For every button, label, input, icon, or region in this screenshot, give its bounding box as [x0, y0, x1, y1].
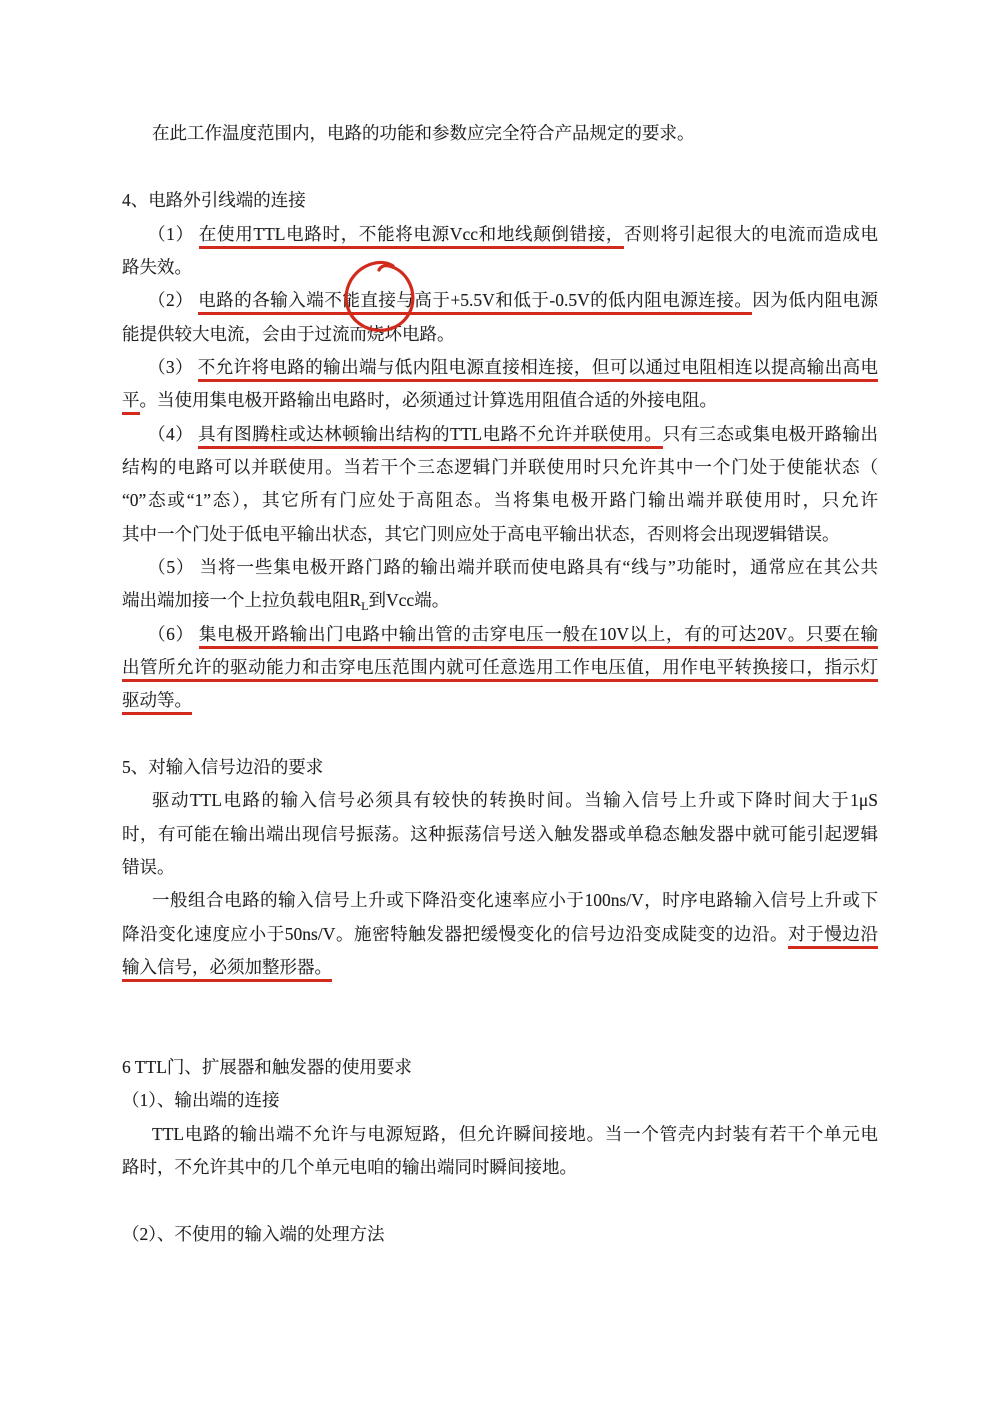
text-line: 降沿变化速度应小于50ns/V。施密特触发器把缓慢变化的信号边沿变成陡变的边沿。…	[122, 922, 878, 946]
body-text: 能提供较大电流，会由于过流而烧坏电路。	[122, 324, 455, 344]
text-line: 一般组合电路的输入信号上升或下降沿变化速率应小于100ns/V，时序电路输入信号…	[122, 888, 878, 912]
heading-text: 4、电路外引线端的连接	[122, 190, 306, 210]
heading-text: （2）、不使用的输入端的处理方法	[122, 1224, 385, 1244]
underlined-text: 输入信号，必须加整形器。	[122, 957, 332, 982]
underlined-text: 电路的各输入端不能直接与高于+5.5V和低于-0.5V的低内阻电源连接。	[198, 290, 752, 315]
underlined-text: 在使用TTL电路时，不能将电源Vcc和地线颠倒错接，	[199, 224, 624, 249]
underlined-text: 用作电平转换接口，	[662, 657, 824, 682]
text-line: （1） 在使用TTL电路时，不能将电源Vcc和地线颠倒错接，否则将引起很大的电流…	[122, 222, 878, 246]
sub-heading: （1）、输出端的连接	[122, 1088, 878, 1112]
body-text: 结构的电路可以并联使用。当若干个三态逻辑门并联使用时只允许其中一个门处于使能状态…	[122, 457, 878, 477]
underlined-text: 驱动等。	[122, 690, 192, 715]
text-line: （2） 电路的各输入端不能直接与高于+5.5V和低于-0.5V的低内阻电源连接。…	[122, 288, 878, 312]
text-line: TTL电路的输出端不允许与电源短路，但允许瞬间接地。当一个管壳内封装有若干个单元…	[122, 1122, 878, 1146]
underlined-text: 平	[122, 390, 140, 415]
text-line: （5） 当将一些集电极开路门路的输出端并联而使电路具有“线与”功能时，通常应在其…	[122, 555, 878, 579]
text-line: 结构的电路可以并联使用。当若干个三态逻辑门并联使用时只允许其中一个门处于使能状态…	[122, 455, 878, 479]
section-heading-5: 5、对输入信号边沿的要求	[122, 755, 878, 779]
text-line: 平。当使用集电极开路输出电路时，必须通过计算选用阻值合适的外接电阻。	[122, 388, 878, 412]
underlined-text: 集电极开路输出门电路中输出管的击穿电压一般在10V以上，	[199, 624, 684, 649]
item-number: （1）	[148, 224, 199, 244]
text-line: 其中一个门处于低电平输出状态，其它门则应处于高电平输出状态，否则将会出现逻辑错误…	[122, 522, 878, 546]
body-text: 一般组合电路的输入信号上升或下降沿变化速率应小于100ns/V，时序电路输入信号…	[152, 890, 878, 910]
text-line: “0”态或“1”态），其它所有门应处于高阻态。当将集电极开路门输出端并联使用时，…	[122, 488, 878, 512]
body-text: 时，有可能在输出端出现信号振荡。这种振荡信号送入触发器或单稳态触发器中就可能引起…	[122, 824, 878, 844]
body-text: 路时，不允许其中的几个单元电咱的输出端同时瞬间接地。	[122, 1157, 577, 1177]
body-text: 。当使用集电极开路输出电路时，必须通过计算选用阻值合适的外接电阻。	[140, 390, 718, 410]
text-line: 驱动TTL电路的输入信号必须具有较快的转换时间。当输入信号上升或下降时间大于1μ…	[122, 788, 878, 812]
heading-text: 5、对输入信号边沿的要求	[122, 757, 323, 777]
text-line: （4） 具有图腾柱或达林顿输出结构的TTL电路不允许并联使用。只有三态或集电极开…	[122, 422, 878, 446]
body-text: TTL电路的输出端不允许与电源短路，但允许瞬间接地。当一个管壳内封装有若干个单元…	[152, 1124, 878, 1144]
text-line: 能提供较大电流，会由于过流而烧坏电路。	[122, 322, 878, 346]
heading-text: 6 TTL门、扩展器和触发器的使用要求	[122, 1057, 412, 1077]
item-number: （6）	[148, 624, 199, 644]
text-line: 端出端加接一个上拉负载电阻RL到Vcc端。	[122, 588, 878, 612]
item-number: （4）	[148, 424, 198, 444]
underlined-text: 指示灯	[824, 657, 878, 682]
section-heading-4: 4、电路外引线端的连接	[122, 188, 878, 212]
underlined-text: 但可以通过电阻相连以提高输出高电	[592, 357, 878, 382]
underlined-text: 对于慢边沿	[788, 924, 878, 949]
body-text: 其中一个门处于低电平输出状态，其它门则应处于高电平输出状态，否则将会出现逻辑错误…	[122, 524, 840, 544]
body-text: 路失效。	[122, 257, 192, 277]
text-line: （3） 不允许将电路的输出端与低内阻电源直接相连接，但可以通过电阻相连以提高输出…	[122, 355, 878, 379]
underlined-text: 有的可达20V。	[684, 624, 806, 649]
body-text: 只有三态或集电极开路输出	[663, 424, 878, 444]
underlined-text: 具有图腾柱或达林顿输出结构的TTL电路不允许并联使用。	[198, 424, 662, 449]
body-text: 到Vcc端。	[369, 590, 450, 610]
body-text: 降沿变化速度应小于50ns/V。施密特触发器把缓慢变化的信号边沿变成陡变的边沿。	[122, 924, 788, 944]
text-line: 驱动等。	[122, 688, 878, 712]
text-line: 在此工作温度范围内，电路的功能和参数应完全符合产品规定的要求。	[122, 121, 878, 145]
body-text: 否则将引起很大的电流而造成电	[624, 224, 878, 244]
underlined-text: 不允许将电路的输出端与低内阻电源直接相连接，	[198, 357, 592, 382]
document-page: 在此工作温度范围内，电路的功能和参数应完全符合产品规定的要求。 4、电路外引线端…	[0, 0, 992, 1403]
text-line: 路时，不允许其中的几个单元电咱的输出端同时瞬间接地。	[122, 1155, 878, 1179]
text-line: 输入信号，必须加整形器。	[122, 955, 878, 979]
body-text: （5） 当将一些集电极开路门路的输出端并联而使电路具有“线与”功能时，通常应在其…	[148, 557, 878, 577]
text-line: 出管所允许的驱动能力和击穿电压范围内就可任意选用工作电压值，用作电平转换接口，指…	[122, 655, 878, 679]
text-line: 时，有可能在输出端出现信号振荡。这种振荡信号送入触发器或单稳态触发器中就可能引起…	[122, 822, 878, 846]
body-text: 驱动TTL电路的输入信号必须具有较快的转换时间。当输入信号上升或下降时间大于1μ…	[152, 790, 878, 810]
text-line: （6） 集电极开路输出门电路中输出管的击穿电压一般在10V以上，有的可达20V。…	[122, 622, 878, 646]
body-text: “0”态或“1”态），其它所有门应处于高阻态。当将集电极开路门输出端并联使用时，…	[122, 490, 878, 510]
heading-text: （1）、输出端的连接	[122, 1090, 280, 1110]
item-number: （3）	[148, 357, 198, 377]
subscript-text: L	[361, 599, 368, 613]
item-number: （2）	[148, 290, 198, 310]
section-heading-6: 6 TTL门、扩展器和触发器的使用要求	[122, 1055, 878, 1079]
sub-heading: （2）、不使用的输入端的处理方法	[122, 1222, 878, 1246]
body-text: 因为低内阻电源	[752, 290, 878, 310]
text-line: 错误。	[122, 855, 878, 879]
underlined-text: 只要在输	[806, 624, 878, 649]
body-text: 在此工作温度范围内，电路的功能和参数应完全符合产品规定的要求。	[152, 123, 695, 143]
underlined-text: 出管所允许的驱动能力和击穿电压范围内就可任意选用工作电压值，	[122, 657, 662, 682]
text-line: 路失效。	[122, 255, 878, 279]
body-text: 错误。	[122, 857, 175, 877]
body-text: 端出端加接一个上拉负载电阻R	[122, 590, 361, 610]
